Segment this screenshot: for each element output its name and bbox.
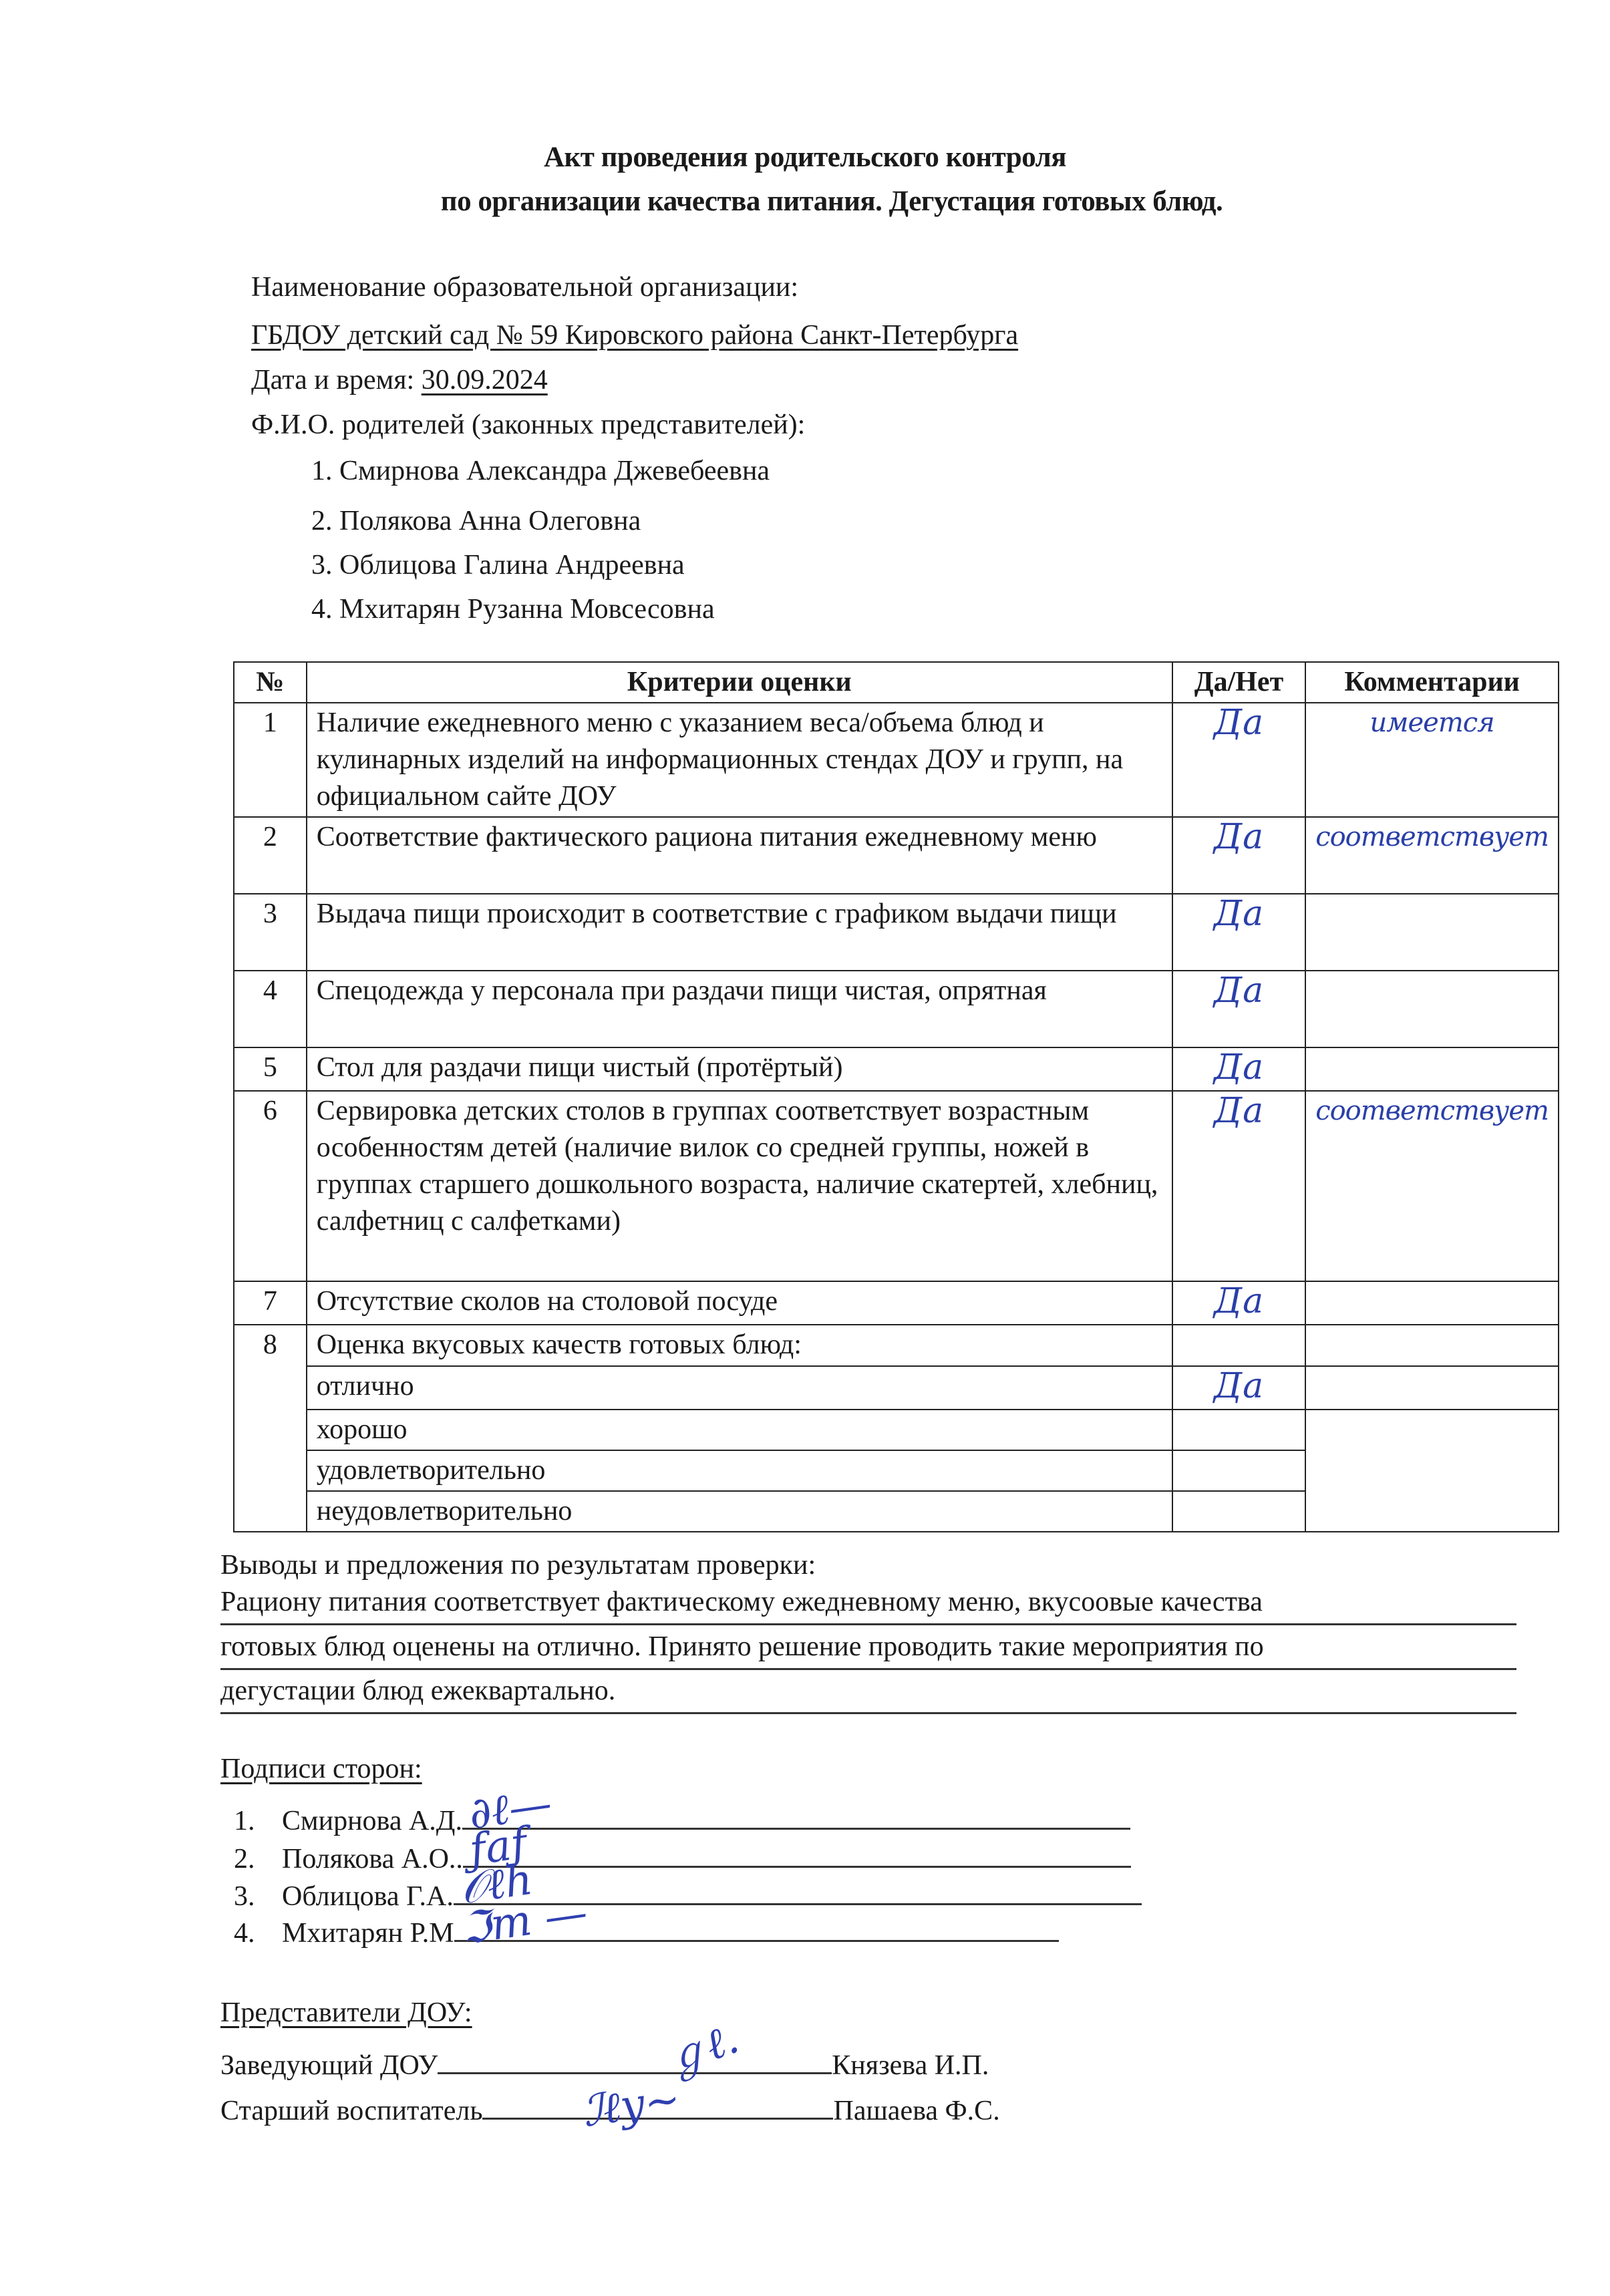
header-yes-no: Да/Нет [1172, 662, 1305, 703]
table-row: 6 Сервировка детских столов в группах со… [234, 1091, 1559, 1281]
parent-item: 1. Смирнова Александра Джевебеевна [311, 452, 770, 490]
representative-name: Князева И.П. [832, 2050, 989, 2081]
signature-line[interactable]: ƒaƒ [463, 1835, 1131, 1868]
handwritten-answer: Да [1214, 817, 1264, 857]
handwritten-answer: Да [1214, 1047, 1264, 1088]
handwritten-answer: Да [1214, 971, 1264, 1011]
date-label: Дата и время: [251, 365, 422, 395]
row-comment: соответствует [1305, 1091, 1559, 1281]
header-comments: Комментарии [1305, 662, 1559, 703]
row-num: 1 [234, 703, 307, 817]
date-field: Дата и время: 30.09.2024 [251, 361, 548, 399]
taste-option-comment [1305, 1366, 1559, 1410]
table-header-row: № Критерии оценки Да/Нет Комментарии [234, 662, 1559, 703]
table-row-taste: 8 Оценка вкусовых качеств готовых блюд: [234, 1325, 1559, 1366]
table-row: 2 Соответствие фактического рациона пита… [234, 817, 1559, 894]
row-num: 2 [234, 817, 307, 894]
row-yes-no: Да [1172, 894, 1305, 971]
handwritten-comment: имеется [1370, 707, 1494, 738]
criteria-table: № Критерии оценки Да/Нет Комментарии 1 Н… [233, 661, 1559, 1532]
taste-option-yes-no: Да [1172, 1366, 1305, 1410]
signature-line[interactable]: ℑm — [454, 1909, 1059, 1942]
row-yes-no: Да [1172, 1047, 1305, 1091]
row-criteria: Оценка вкусовых качеств готовых блюд: [307, 1325, 1172, 1366]
row-criteria: Стол для раздачи пищи чистый (протёртый) [307, 1047, 1172, 1091]
handwritten-answer: Да [1214, 1281, 1264, 1321]
row-criteria: Сервировка детских столов в группах соот… [307, 1091, 1172, 1281]
row-num: 4 [234, 971, 307, 1047]
parent-item: 2. Полякова Анна Олеговна [311, 502, 641, 540]
row-yes-no: Да [1172, 1091, 1305, 1281]
organization-label: Наименование образовательной организации… [251, 269, 798, 306]
row-comment: соответствует [1305, 817, 1559, 894]
table-row: 4 Спецодежда у персонала при раздачи пищ… [234, 971, 1559, 1047]
row-yes-no [1172, 1325, 1305, 1366]
row-criteria: Наличие ежедневного меню с указанием вес… [307, 703, 1172, 817]
handwritten-answer: Да [1214, 894, 1264, 934]
taste-comment-merged [1305, 1410, 1559, 1532]
document-title-line-2: по организации качества питания. Дегуста… [0, 182, 1610, 222]
signature-name: Смирнова А.Д. [282, 1806, 462, 1836]
table-row: 5 Стол для раздачи пищи чистый (протёрты… [234, 1047, 1559, 1091]
representatives-label: Представители ДОУ: [220, 1994, 472, 2031]
conclusions-line-1: Рациону питания соответствует фактическо… [220, 1583, 1516, 1625]
taste-option-label: хорошо [307, 1410, 1172, 1450]
row-num: 5 [234, 1047, 307, 1091]
header-num: № [234, 662, 307, 703]
signature-name: Мхитарян Р.М [282, 1918, 454, 1949]
representative-role: Старший воспитатель [220, 2096, 482, 2126]
handwritten-comment: соответствует [1315, 822, 1549, 852]
representative-name: Пашаева Ф.С. [833, 2096, 999, 2126]
signature-scribble-icon: ℐℓy~ [581, 2078, 683, 2134]
taste-option-label: удовлетворительно [307, 1450, 1172, 1491]
taste-option-label: неудовлетворительно [307, 1491, 1172, 1532]
row-comment [1305, 1325, 1559, 1366]
table-row: 3 Выдача пищи происходит в соответствие … [234, 894, 1559, 971]
signature-num: 1. [234, 1802, 282, 1840]
taste-option-yes-no [1172, 1450, 1305, 1491]
signature-line[interactable]: ℐℓy~ [482, 2087, 833, 2120]
representative-role: Заведующий ДОУ [220, 2050, 438, 2081]
signature-num: 4. [234, 1915, 282, 1952]
conclusions-line-2: готовых блюд оценены на отлично. Принято… [220, 1628, 1516, 1670]
handwritten-comment: соответствует [1315, 1096, 1549, 1126]
organization-name: ГБДОУ детский сад № 59 Кировского района… [251, 317, 1018, 354]
row-comment [1305, 1047, 1559, 1091]
handwritten-answer: Да [1214, 1091, 1264, 1131]
parents-label: Ф.И.О. родителей (законных представителе… [251, 406, 805, 444]
conclusions-line-3: дегустации блюд ежеквартально. [220, 1672, 1516, 1714]
table-row: 7 Отсутствие сколов на столовой посуде Д… [234, 1281, 1559, 1325]
row-yes-no: Да [1172, 817, 1305, 894]
row-num: 7 [234, 1281, 307, 1325]
representative-row: Старший воспитательℐℓy~Пашаева Ф.С. [220, 2087, 1000, 2130]
table-row: 1 Наличие ежедневного меню с указанием в… [234, 703, 1559, 817]
handwritten-answer: Да [1214, 1366, 1264, 1406]
signatures-label: Подписи сторон: [220, 1750, 422, 1788]
signature-line[interactable]: ℊℓ. [438, 2041, 832, 2074]
row-criteria: Выдача пищи происходит в соответствие с … [307, 894, 1172, 971]
row-comment [1305, 894, 1559, 971]
signature-line[interactable]: ∂ℓ— [462, 1797, 1130, 1830]
document-title-line-1: Акт проведения родительского контроля [0, 138, 1610, 178]
taste-option-label: отлично [307, 1366, 1172, 1410]
signature-name: Полякова А.О.. [282, 1844, 463, 1874]
row-criteria: Отсутствие сколов на столовой посуде [307, 1281, 1172, 1325]
representative-row: Заведующий ДОУℊℓ.Князева И.П. [220, 2041, 989, 2084]
handwritten-answer: Да [1214, 703, 1264, 743]
row-criteria: Спецодежда у персонала при раздачи пищи … [307, 971, 1172, 1047]
row-num: 3 [234, 894, 307, 971]
taste-option-yes-no [1172, 1410, 1305, 1450]
row-yes-no: Да [1172, 1281, 1305, 1325]
row-criteria: Соответствие фактического рациона питани… [307, 817, 1172, 894]
signature-scribble-icon: ℊℓ. [660, 2017, 744, 2082]
signature-name: Облицова Г.А. [282, 1881, 454, 1912]
row-num: 6 [234, 1091, 307, 1281]
parent-item: 4. Мхитарян Рузанна Мовсесовна [311, 591, 715, 628]
taste-option-row: отлично Да [234, 1366, 1559, 1410]
parent-item: 3. Облицова Галина Андреевна [311, 546, 685, 584]
signature-row: 4.Мхитарян Р.Мℑm — [234, 1909, 1059, 1952]
date-value: 30.09.2024 [422, 365, 548, 395]
row-comment [1305, 1281, 1559, 1325]
signature-row: 2.Полякова А.О..ƒaƒ [234, 1835, 1131, 1878]
header-criteria: Критерии оценки [307, 662, 1172, 703]
conclusions-label: Выводы и предложения по результатам пров… [220, 1546, 816, 1584]
row-yes-no: Да [1172, 971, 1305, 1047]
row-comment [1305, 971, 1559, 1047]
taste-option-yes-no [1172, 1491, 1305, 1532]
row-num: 8 [234, 1325, 307, 1532]
row-yes-no: Да [1172, 703, 1305, 817]
signature-row: 1.Смирнова А.Д.∂ℓ— [234, 1797, 1130, 1840]
row-comment: имеется [1305, 703, 1559, 817]
taste-option-row: хорошо [234, 1410, 1559, 1450]
